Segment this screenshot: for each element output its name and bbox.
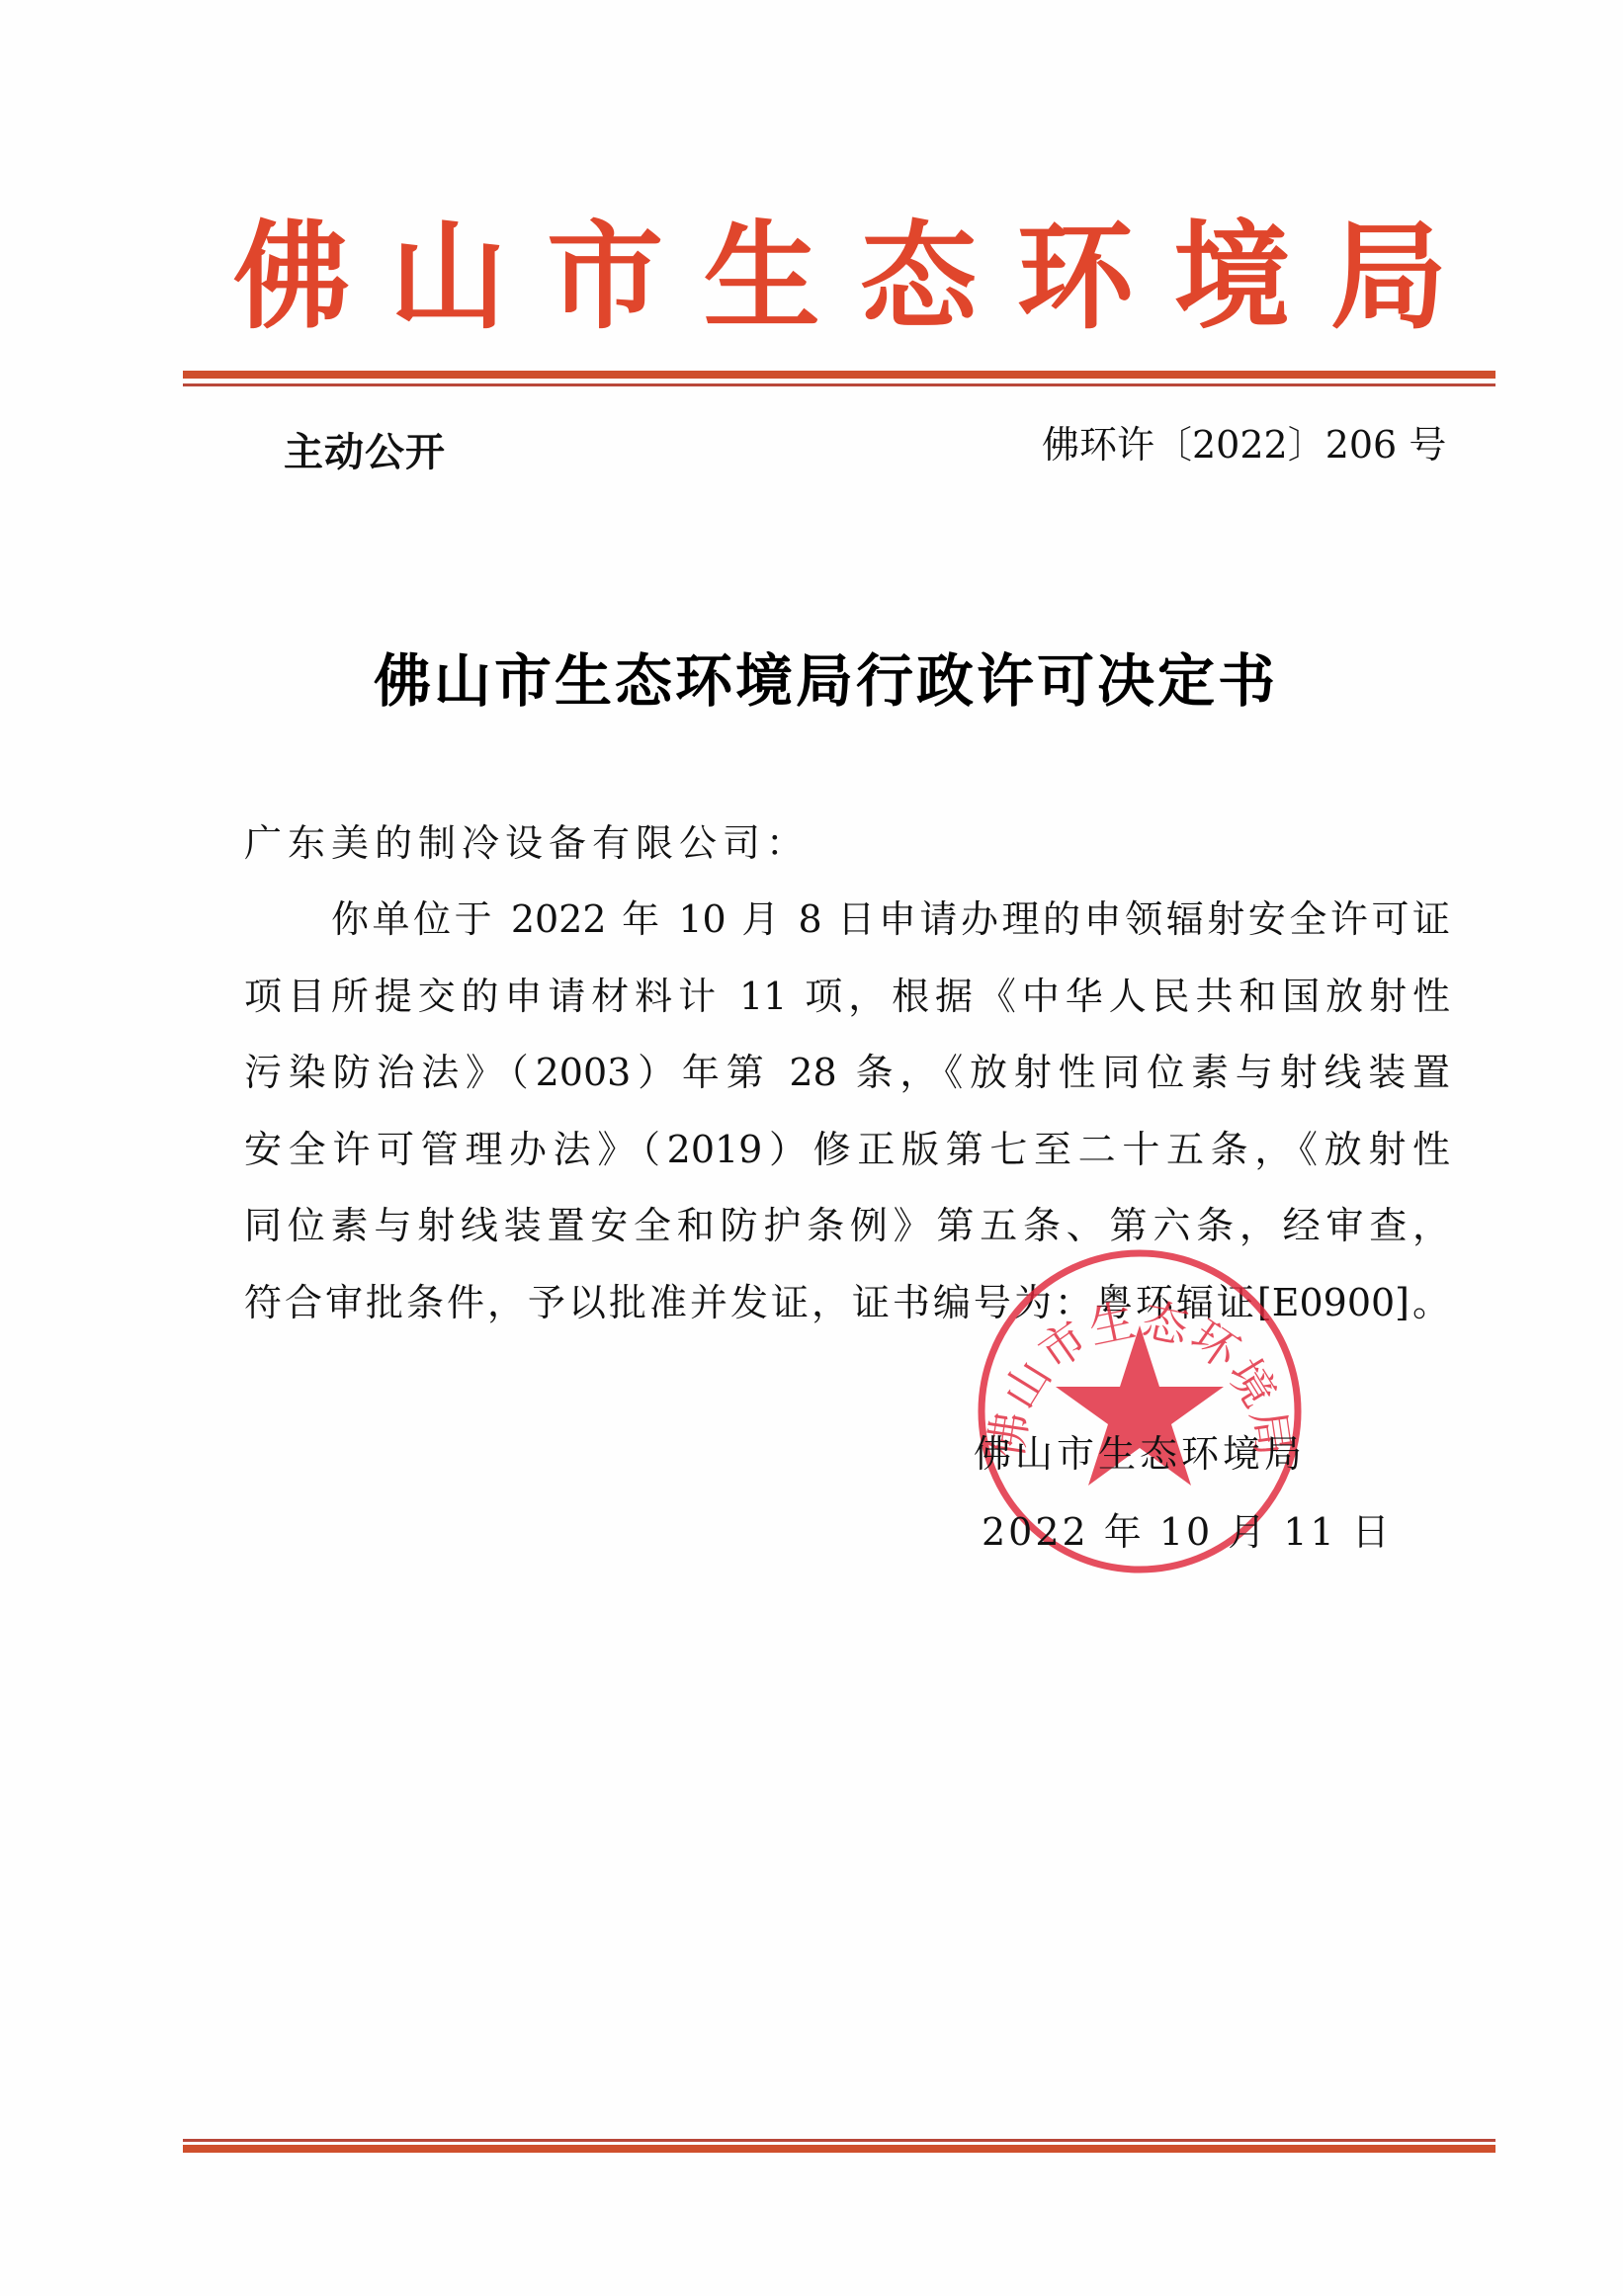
body-line: 你单位于 2022 年 10 月 8 日申请办理的申领辐射安全许可证 [331, 894, 1450, 944]
letterhead-char: 市 [541, 208, 669, 346]
letterhead-char: 境 [1167, 208, 1296, 346]
footer-rule-thin [183, 2139, 1495, 2142]
letterhead-rule-thick [183, 371, 1495, 379]
letterhead-char: 山 [384, 208, 513, 346]
body-line: 同位素与射线装置安全和防护条例》第五条、第六条，经审查， [244, 1201, 1450, 1250]
issuer-signature: 佛山市生态环境局 [974, 1429, 1306, 1479]
letterhead-char: 生 [698, 208, 826, 346]
letterhead-rule-thin [183, 383, 1495, 386]
document-title: 佛山市生态环境局行政许可决定书 [374, 644, 1297, 718]
issue-date: 2022 年 10 月 11 日 [982, 1507, 1393, 1557]
body-line: 污染防治法》（2003）年第 28 条，《放射性同位素与射线装置 [244, 1048, 1450, 1097]
document-page: 佛 山 市 生 态 环 境 局 主动公开 佛环许〔2022〕206 号 佛山市生… [0, 0, 1623, 2296]
letterhead-agency-name: 佛 山 市 生 态 环 境 局 [227, 208, 1453, 346]
letterhead-char: 佛 [227, 208, 356, 346]
addressee: 广东美的制冷设备有限公司： [244, 818, 1450, 868]
letterhead-char: 局 [1324, 208, 1453, 346]
footer-rule-thick [183, 2145, 1495, 2153]
letterhead-char: 态 [854, 208, 982, 346]
body-line: 安全许可管理办法》（2019）修正版第七至二十五条，《放射性 [244, 1125, 1450, 1174]
body-line: 项目所提交的申请材料计 11 项，根据《中华人民共和国放射性 [244, 972, 1450, 1021]
disclosure-label: 主动公开 [284, 427, 446, 478]
letterhead-char: 环 [1011, 208, 1140, 346]
document-number: 佛环许〔2022〕206 号 [1042, 419, 1446, 470]
